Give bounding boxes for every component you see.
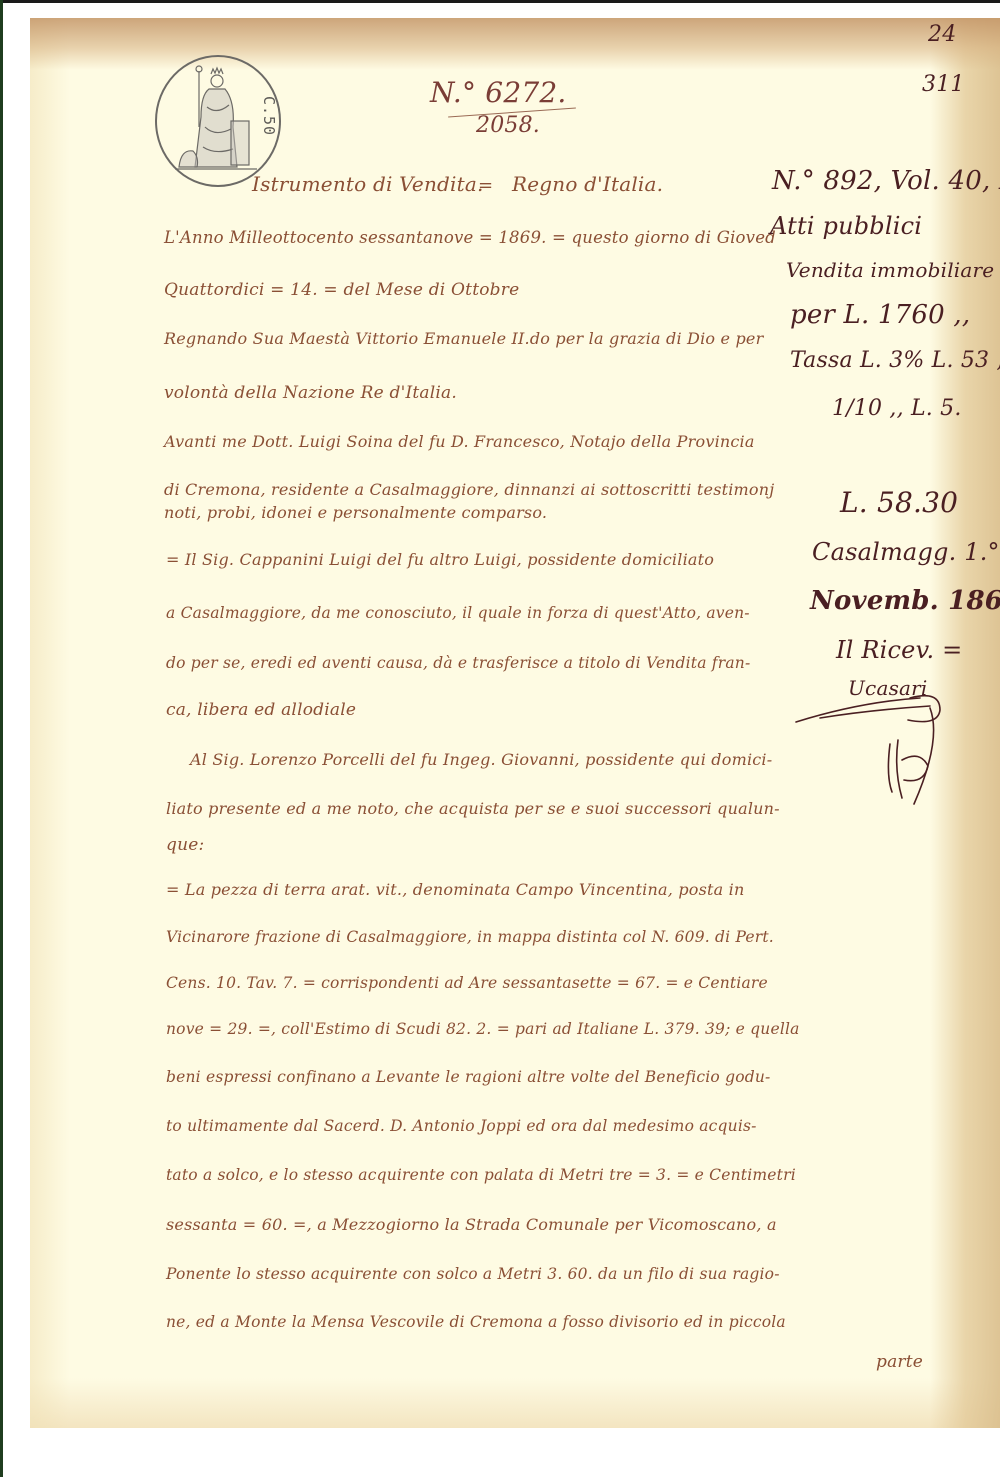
- body-line: di Cremona, residente a Casalmaggiore, d…: [164, 480, 774, 499]
- body-line: noti, probi, idonei e personalmente comp…: [164, 503, 547, 522]
- registration-place: Casalmagg. 1.°: [812, 538, 1000, 566]
- kingdom-heading: Regno d'Italia.: [512, 172, 663, 196]
- deed-title: Istrumento di Vendita.: [252, 172, 484, 196]
- registration-tax: Tassa L. 3% L. 53 ,,: [790, 348, 1000, 373]
- body-line: Cens. 10. Tav. 7. = corrispondenti ad Ar…: [166, 974, 768, 992]
- corner-number-bottom: 311: [922, 72, 965, 97]
- body-line: sessanta = 60. =, a Mezzogiorno la Strad…: [166, 1215, 777, 1234]
- body-line: ne, ed a Monte la Mensa Vescovile di Cre…: [166, 1313, 786, 1331]
- body-line: liato presente ed a me noto, che acquist…: [166, 799, 780, 818]
- signature-flourish-icon: [790, 680, 990, 820]
- catchword: parte: [876, 1352, 923, 1372]
- scan-border-top: [0, 0, 1000, 3]
- deed-number: N.° 6272.: [430, 76, 566, 109]
- body-line: Ponente lo stesso acquirente con solco a…: [166, 1265, 780, 1283]
- body-line: Regnando Sua Maestà Vittorio Emanuele II…: [164, 329, 763, 348]
- body-line: Avanti me Dott. Luigi Soina del fu D. Fr…: [164, 432, 755, 451]
- scan-border-left: [0, 0, 3, 1477]
- body-line: do per se, eredi ed aventi causa, dà e t…: [166, 654, 750, 672]
- body-line: ca, libera ed allodiale: [166, 700, 356, 720]
- registration-amount: per L. 1760 ,,: [790, 300, 970, 330]
- body-line: = Il Sig. Cappanini Luigi del fu altro L…: [166, 550, 714, 569]
- stamp-value: C.50: [260, 96, 278, 136]
- body-line: Vicinarore frazione di Casalmaggiore, in…: [166, 928, 774, 946]
- registration-date: Novemb. 1869: [810, 586, 1000, 616]
- body-line: Al Sig. Lorenzo Porcelli del fu Ingeg. G…: [190, 750, 772, 769]
- body-line: volontà della Nazione Re d'Italia.: [164, 383, 457, 403]
- registration-official-title: Il Ricev. =: [836, 636, 962, 664]
- registration-act-type: Vendita immobiliare: [786, 258, 994, 282]
- body-line: = La pezza di terra arat. vit., denomina…: [166, 880, 744, 899]
- body-line: Quattordici = 14. = del Mese di Ottobre: [164, 280, 519, 300]
- registration-total: L. 58.30: [840, 486, 958, 519]
- body-line: que:: [166, 835, 204, 855]
- corner-number-top: 24: [928, 22, 956, 47]
- body-line: to ultimamente dal Sacerd. D. Antonio Jo…: [166, 1117, 757, 1135]
- body-line: L'Anno Milleottocento sessantanove = 186…: [164, 228, 776, 247]
- body-line: a Casalmaggiore, da me conosciuto, il qu…: [166, 604, 750, 622]
- deed-sub-number: 2058.: [476, 113, 540, 138]
- title-separator: =: [478, 175, 493, 196]
- registration-number: N.° 892, Vol. 40, Reg.: [772, 166, 1000, 196]
- revenue-stamp: C.50: [155, 55, 281, 187]
- body-line: beni espressi confinano a Levante le rag…: [166, 1068, 770, 1086]
- body-line: tato a solco, e lo stesso acquirente con…: [166, 1166, 796, 1184]
- registration-register: Atti pubblici: [770, 212, 922, 240]
- body-line: nove = 29. =, coll'Estimo di Scudi 82. 2…: [166, 1020, 800, 1038]
- registration-surcharge: 1/10 ,, L. 5.: [832, 396, 962, 421]
